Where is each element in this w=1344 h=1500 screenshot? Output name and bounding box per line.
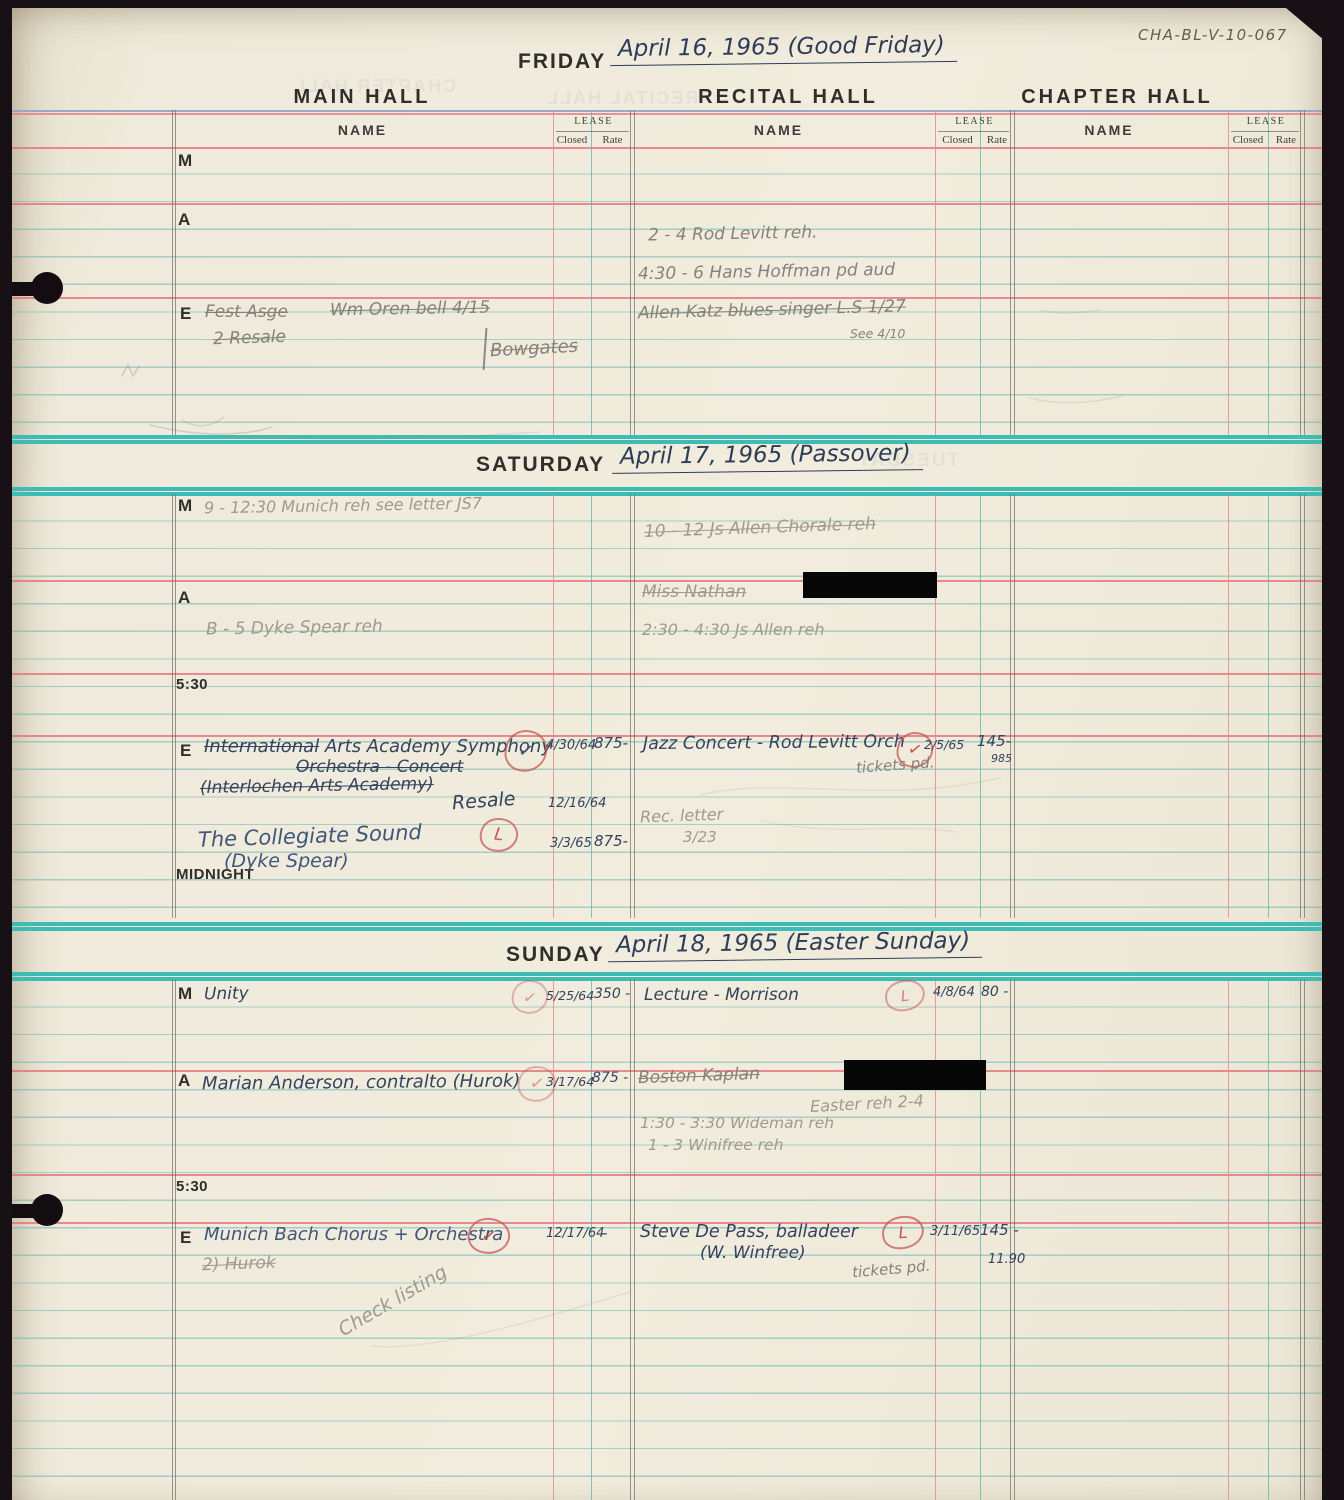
column-line [1010,494,1011,918]
column-line [630,110,631,437]
row-label-afternoon: A [178,1071,190,1091]
rate-value: 80 - [981,984,1008,1000]
entry-arts-academy: International Arts Academy Symphony [204,736,552,757]
entry-dyke-spear-reh: B - 5 Dyke Spear reh [206,616,383,639]
column-line [553,494,554,918]
column-line [1228,110,1229,437]
column-line [175,980,176,1500]
rate-value: 350 - [594,986,630,1002]
rate-value: 145 - [980,1221,1019,1239]
name-column-header: NAME [172,122,553,138]
entry-hurok-struck: 2) Hurok [202,1253,276,1276]
lease-underline [556,131,629,132]
entry-resale-note: Resale [451,788,516,814]
row-label-morning: M [178,984,192,1004]
tickets-amount: 11.90 [988,1252,1025,1267]
closed-column-header: Closed [553,134,591,146]
lease-header: LEASE [935,116,1014,127]
column-line [935,494,936,918]
closed-date: 2/5/65 [924,737,964,752]
rate-value: 875- [594,734,628,752]
column-line [1268,494,1269,918]
struck-word: International [204,736,319,757]
closed-column-header: Closed [935,134,980,146]
day-divider [12,487,1322,491]
red-rule [12,1174,1322,1176]
main-hall-title: MAIN HALL [262,86,462,109]
day-divider [12,435,1322,439]
bleedthrough-text: RECITAL HALL [545,88,698,109]
rec-letter-note: Rec. letter [640,805,724,827]
column-line [172,110,173,437]
closed-date: 3/3/65 [550,836,592,851]
column-line [1304,980,1305,1500]
day-label-saturday: SATURDAY [476,453,605,477]
scanned-ledger-page: CHAPTER HALL RECITAL HALL TUESDAY [0,0,1344,1500]
row-label-evening: E [180,1228,191,1248]
column-line [980,494,981,918]
closed-date: 3/11/65 [930,1224,980,1239]
column-line [172,494,173,918]
column-line [175,110,176,437]
column-line [634,980,635,1500]
closed-column-header: Closed [1228,134,1268,146]
rate-amount-small: 985 [991,752,1012,765]
column-line [591,110,592,437]
row-label-530: 5:30 [176,1178,208,1195]
rate-column-header: Rate [591,134,634,146]
lease-header: LEASE [1228,116,1304,127]
day-divider [12,922,1322,926]
closed-date: 5/25/64 [546,988,594,1003]
binder-hole [31,1194,63,1226]
column-line [1228,980,1229,1500]
column-line [634,110,635,437]
entry-fest-struck: Fest Asge [205,302,288,322]
closed-date: 3/17/64 [546,1074,594,1089]
sunday-date-handwritten: April 18, 1965 (Easter Sunday) [608,928,983,963]
column-line [1228,494,1229,918]
red-rule [12,203,1322,205]
column-line [591,494,592,918]
entry-interlochen-struck: (Interlochen Arts Academy) [200,774,434,798]
entry-allen-reh: 2:30 - 4:30 Js Allen reh [642,620,825,639]
column-line [175,494,176,918]
column-line [634,494,635,918]
rate-value: 875- [594,832,628,850]
entry-lecture-morrison: Lecture - Morrison [644,985,799,1005]
column-line [1304,494,1305,918]
lease-header: LEASE [553,116,634,127]
column-line [553,110,554,437]
entry-steve-de-pass: Steve De Pass, balladeer [640,1222,858,1242]
column-line [1268,110,1269,437]
saturday-grid [12,494,1322,918]
entry-unity: Unity [204,984,249,1005]
lease-underline [938,131,1009,132]
name-column-header: NAME [1002,122,1216,138]
rate-value: - [602,1224,607,1242]
entry-winfree-sub: (W. Winfree) [700,1243,806,1263]
redaction-box [803,572,937,598]
entry-resale-struck: 2 Resale [213,327,287,350]
winifree-reh-note: 1 - 3 Winifree reh [648,1136,783,1154]
row-label-morning: M [178,496,192,516]
entry-dyke-spear-sub: (Dyke Spear) [224,850,349,872]
column-line [935,980,936,1500]
ruled-lines [12,494,1322,918]
entry-munich-bach-chorus: Munich Bach Chorus + Orchestra [204,1224,503,1245]
row-label-evening: E [180,741,191,761]
column-line [1300,494,1301,918]
entry-marian-anderson: Marian Anderson, contralto (Hurok) [202,1071,521,1095]
ruled-lines [12,147,1322,437]
row-label-morning: M [178,151,192,171]
column-line [1010,980,1011,1500]
column-line [630,494,631,918]
name-column-header: NAME [622,122,935,138]
chapter-hall-title: CHAPTER HALL [1012,86,1222,109]
redaction-box [844,1060,986,1090]
column-line [935,110,936,437]
day-label-friday: FRIDAY [518,50,606,74]
entry-miss-nathan-struck: Miss Nathan [642,582,746,602]
binder-hole [31,272,63,304]
entry-boston-struck: Boston Kaplan [638,1064,760,1088]
table-top-border [12,113,1322,114]
friday-date-handwritten: April 16, 1965 (Good Friday) [610,32,957,66]
row-label-530: 5:30 [176,676,208,693]
row-label-afternoon: A [178,588,190,608]
wideman-reh-note: 1:30 - 3:30 Wideman reh [640,1114,834,1132]
entry-rod-levitt-reh: 2 - 4 Rod Levitt reh. [648,223,818,246]
column-line [1304,110,1305,437]
red-rule [12,147,1322,149]
column-line [1014,110,1015,437]
column-line [1300,980,1301,1500]
rate-column-header: Rate [1268,134,1304,146]
day-divider [12,927,1322,931]
archive-code: CHA-BL-V-10-067 [1138,26,1288,44]
column-line [1010,110,1011,437]
closed-date: 12/17/64 [546,1226,604,1241]
column-line [980,980,981,1500]
column-line [1014,980,1015,1500]
table-top-border [12,110,1322,112]
column-line [1268,980,1269,1500]
column-line [1014,494,1015,918]
row-label-evening: E [180,304,191,324]
rate-column-header: Rate [980,134,1014,146]
saturday-date-handwritten: April 17, 1965 (Passover) [612,440,923,474]
entry-see-note: See 4/10 [850,326,905,341]
entry-oren-bell-struck: Wm Oren bell 4/15 [330,298,490,321]
rec-letter-date: 3/23 [683,828,717,846]
red-rule [12,297,1322,299]
day-divider [12,972,1322,976]
row-label-afternoon: A [178,210,190,230]
recital-hall-title: RECITAL HALL [688,86,888,109]
rate-value: 875 - [592,1070,628,1086]
lease-underline [1231,131,1299,132]
entry-jazz-concert: Jazz Concert - Rod Levitt Orch [643,732,905,754]
closed-date: 4/30/64 [546,738,596,753]
closed-date: 4/8/64 [933,985,975,1000]
day-label-sunday: SUNDAY [506,943,605,967]
column-line [980,110,981,437]
column-line [1300,110,1301,437]
column-line [172,980,173,1500]
rate-value: 145- [977,732,1011,750]
column-line [630,980,631,1500]
closed-date: 12/16/64 [548,796,606,811]
red-rule [12,673,1322,675]
